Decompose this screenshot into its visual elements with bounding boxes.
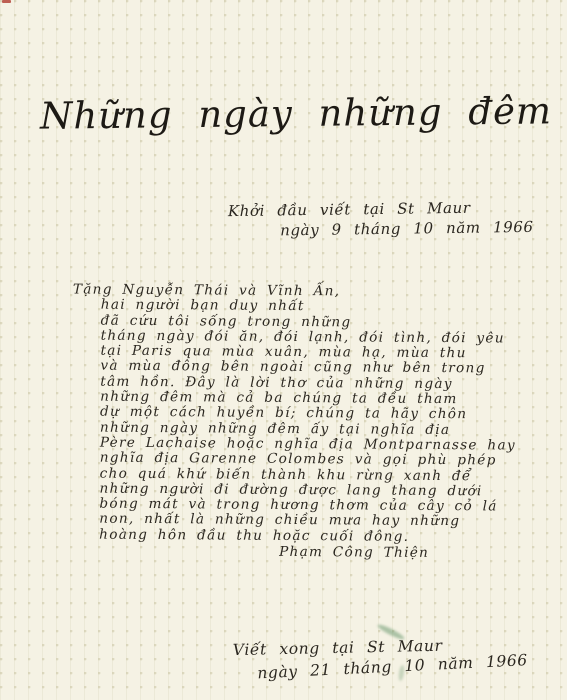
end-note: Viết xong tại St Maur ngày 21 tháng 10 n…: [233, 635, 528, 679]
dedication-block: Tặng Nguyễn Thái và Vĩnh Ấn, hai người b…: [71, 282, 517, 561]
start-note: Khởi đầu viết tại St Maur ngày 9 tháng 1…: [228, 198, 534, 240]
manuscript-page: Những ngày những đêm Khởi đầu viết tại S…: [0, 0, 567, 700]
red-corner-mark: [2, 0, 11, 3]
dedication-line: hoàng hôn đầu thu hoặc cuối đông.: [99, 527, 515, 545]
manuscript-title: Những ngày những đêm: [40, 89, 552, 137]
start-note-date: ngày 9 tháng 10 năm 1966: [280, 218, 534, 240]
start-note-place: Khởi đầu viết tại St Maur: [228, 198, 534, 220]
author-signature: Phạm Công Thiện: [279, 545, 515, 562]
